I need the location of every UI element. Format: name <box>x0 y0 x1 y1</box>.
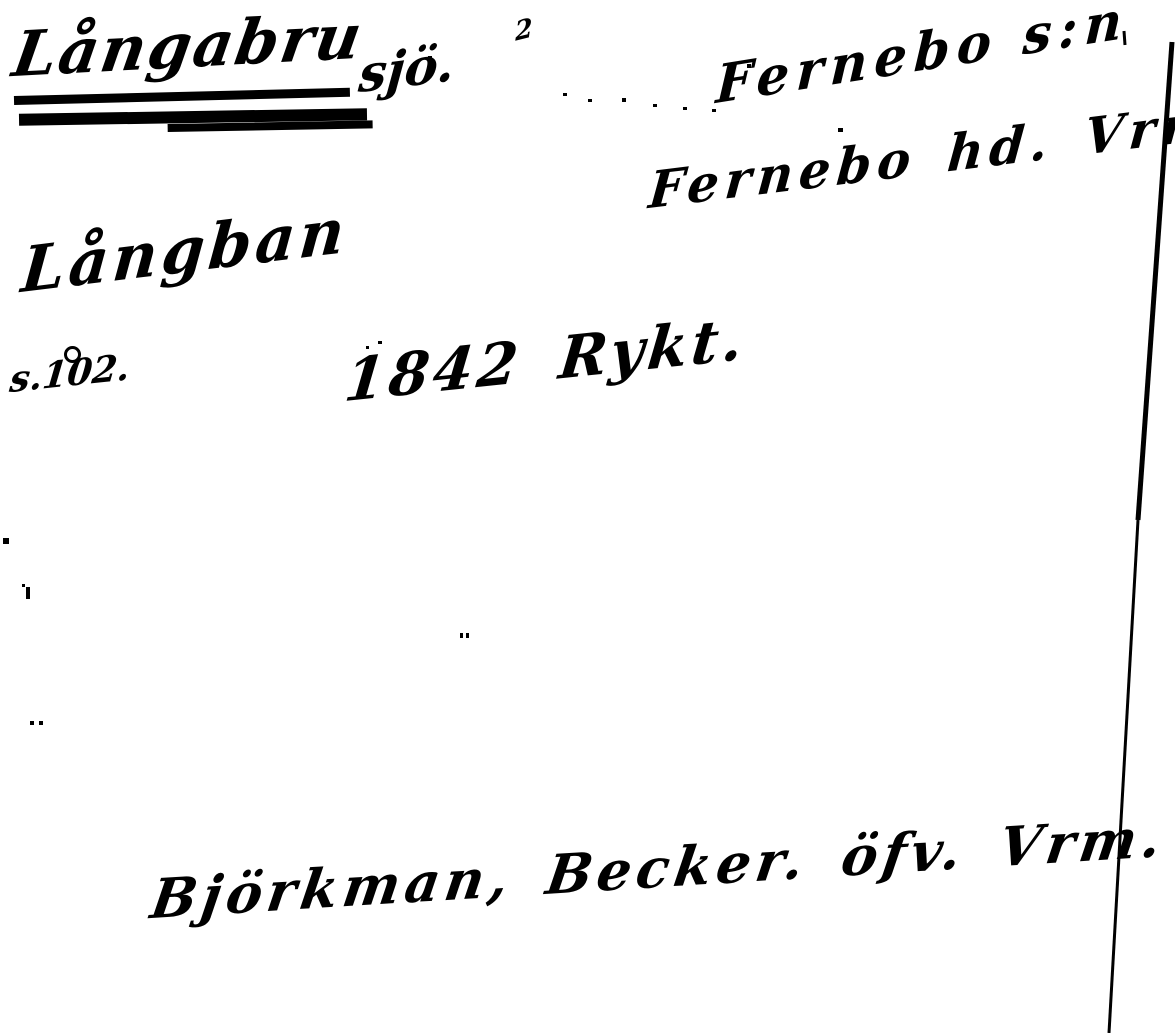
ink-speck <box>26 587 30 599</box>
struck-locality-name: Långabru <box>9 5 368 86</box>
ring-mark <box>64 346 81 363</box>
flourish-mark: 2 <box>512 16 536 46</box>
ink-speck <box>428 56 432 60</box>
locality-suffix: sjö. <box>356 38 458 99</box>
locality-suffix-text: sjö. <box>357 38 457 101</box>
ink-speck <box>3 538 9 544</box>
year-annotation-text: 1842 Rykt. <box>342 309 750 410</box>
struck-locality-block: Långabru <box>12 6 364 86</box>
ink-speck <box>653 104 657 107</box>
ink-speck <box>460 633 463 638</box>
ink-speck <box>683 107 687 110</box>
ink-speck <box>588 99 592 102</box>
ink-speck <box>747 64 751 68</box>
year-annotation: 1842 Rykt. <box>342 310 750 410</box>
ink-speck <box>712 109 716 112</box>
ink-speck <box>366 346 369 349</box>
ink-speck <box>838 128 843 132</box>
ink-speck <box>563 93 567 96</box>
source-references: Björkman, Becker. öfv. Vrm. <box>150 810 1167 926</box>
locality-name: Långban <box>18 200 352 302</box>
ink-speck <box>622 98 626 102</box>
parish-text-line: Fernebo s:n <box>715 0 1131 112</box>
scanned-index-card: Långabru sjö. 2 Fernebo s:n Fernebo hd. … <box>0 0 1175 1033</box>
ink-speck <box>22 584 25 587</box>
parish-text: Fernebo s:n <box>712 0 1133 111</box>
ink-speck <box>378 341 382 344</box>
ink-speck <box>39 721 43 725</box>
ink-speck <box>466 633 469 638</box>
strikethrough-mark <box>14 88 350 105</box>
flourish-mark-text: 2 <box>515 15 533 46</box>
locality-name-text: Långban <box>19 199 351 302</box>
source-references-text: Björkman, Becker. öfv. Vrm. <box>148 810 1170 927</box>
ink-speck <box>30 721 34 725</box>
